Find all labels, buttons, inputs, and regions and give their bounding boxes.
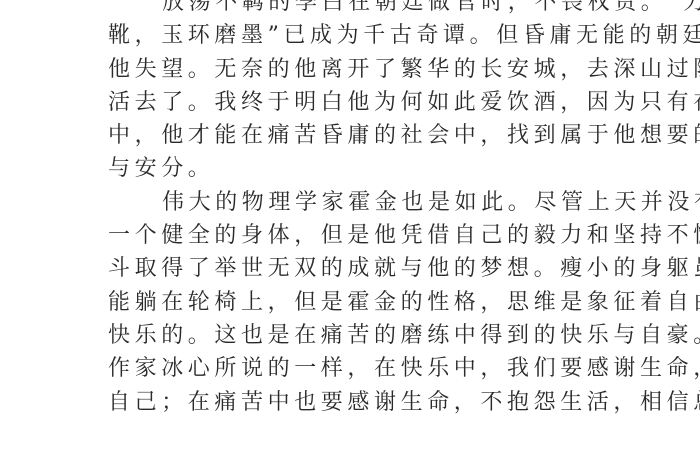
- text-line: 伟大的物理学家霍金也是如此。尽管上天并没有给他: [108, 186, 594, 219]
- text-line: 一个健全的身体，但是他凭借自己的毅力和坚持不懈的奋: [108, 219, 594, 252]
- text-line: 活去了。我终于明白他为何如此爱饮酒，因为只有在醉酒: [108, 86, 594, 119]
- document-page: 放荡不羁的李白在朝廷做官时，不畏权贵。“力士脱 靴，玉环磨墨”已成为千古奇谭。但…: [0, 0, 700, 470]
- paragraph-hawking: 伟大的物理学家霍金也是如此。尽管上天并没有给他 一个健全的身体，但是他凭借自己的…: [108, 186, 594, 419]
- text-line: 快乐的。这也是在痛苦的磨练中得到的快乐与自豪。正如: [108, 319, 594, 352]
- text-line: 斗取得了举世无双的成就与他的梦想。瘦小的身躯虽然只: [108, 252, 594, 285]
- text-line: 能躺在轮椅上，但是霍金的性格，思维是象征着自由的，: [108, 286, 594, 319]
- text-line: 他失望。无奈的他离开了繁华的长安城，去深山过隐居生: [108, 53, 594, 86]
- text-line: 中，他才能在痛苦昏庸的社会中，找到属于他想要的快乐: [108, 119, 594, 152]
- text-line: 作家冰心所说的一样，在快乐中，我们要感谢生命，庆幸: [108, 352, 594, 385]
- text-line: 靴，玉环磨墨”已成为千古奇谭。但昏庸无能的朝廷却让: [108, 19, 594, 52]
- text-line: 放荡不羁的李白在朝廷做官时，不畏权贵。“力士脱: [108, 0, 594, 19]
- essay-text: 放荡不羁的李白在朝廷做官时，不畏权贵。“力士脱 靴，玉环磨墨”已成为千古奇谭。但…: [108, 0, 594, 419]
- paragraph-li-bai: 放荡不羁的李白在朝廷做官时，不畏权贵。“力士脱 靴，玉环磨墨”已成为千古奇谭。但…: [108, 0, 594, 186]
- text-line: 自己；在痛苦中也要感谢生命，不抱怨生活，相信总有一: [108, 386, 594, 419]
- text-line: 与安分。: [108, 152, 594, 185]
